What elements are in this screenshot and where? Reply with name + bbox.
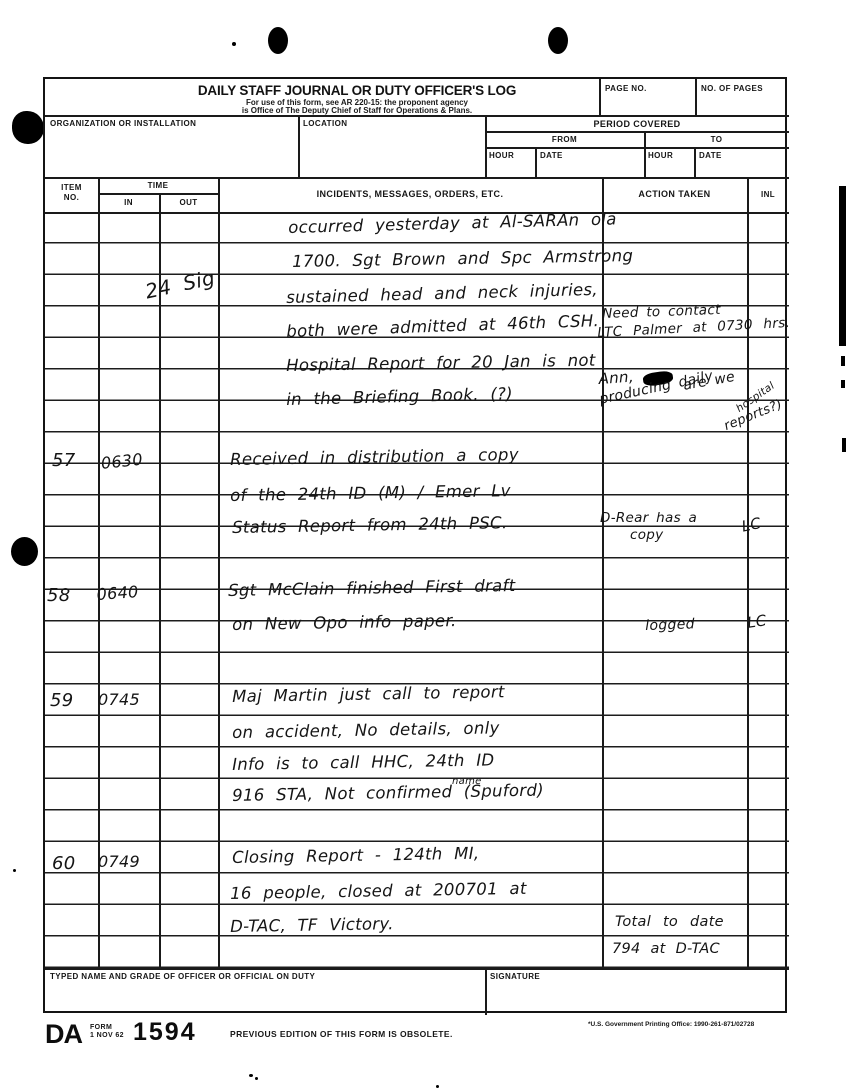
- entry-cont-annotation-24sig: 24 Sig: [143, 265, 217, 303]
- entry-60-time-in: 0749: [98, 852, 140, 871]
- entry-59-line-4: 916 STA, Not confirmed (Spuford): [232, 781, 544, 805]
- entry-cont-line-4: both were admitted at 46th CSH.: [286, 311, 599, 341]
- entry-58-time-in: 0640: [96, 582, 139, 604]
- gpo-notice: *U.S. Government Printing Office: 1990-2…: [588, 1021, 754, 1028]
- obsolete-notice: PREVIOUS EDITION OF THIS FORM IS OBSOLET…: [230, 1029, 453, 1039]
- entry-58-action-1: logged: [645, 616, 695, 634]
- entry-cont-line-1: occurred yesterday at Al-SARAn ola: [288, 209, 617, 237]
- entry-58-line-1: Sgt McClain finished First draft: [228, 576, 516, 600]
- da-form-word: FORM: [90, 1024, 112, 1031]
- scanned-da-form-1594: DAILY STAFF JOURNAL OR DUTY OFFICER'S LO…: [0, 0, 848, 1088]
- entry-60-line-3: D-TAC, TF Victory.: [230, 914, 394, 936]
- entry-58-initials: LC: [746, 611, 768, 632]
- entry-cont-line-2: 1700. Sgt Brown and Spc Armstrong: [292, 246, 633, 271]
- handwriting-layer: occurred yesterday at Al-SARAn ola 1700.…: [0, 0, 848, 1088]
- da-form-number: 1594: [133, 1018, 197, 1047]
- entry-59-line-1: Maj Martin just call to report: [232, 682, 505, 706]
- entry-cont-line-5: Hospital Report for 20 Jan is not: [286, 351, 596, 375]
- entry-60-item-no: 60: [52, 853, 76, 874]
- entry-59-time-in: 0745: [98, 690, 140, 709]
- entry-58-line-2: on New Opo info paper.: [232, 611, 457, 634]
- entry-59-line-3: Info is to call HHC, 24th ID: [232, 750, 495, 774]
- da-form-date: 1 NOV 62: [90, 1032, 124, 1039]
- entry-57-action-2: copy: [630, 527, 663, 543]
- entry-57-line-3: Status Report from 24th PSC.: [232, 513, 508, 537]
- entry-cont-line-3: sustained head and neck injuries,: [286, 280, 598, 307]
- entry-57-initials: LC: [740, 514, 763, 536]
- entry-59-superscript-note: name: [452, 776, 482, 787]
- entry-60-line-1: Closing Report - 124th MI,: [232, 844, 480, 867]
- entry-cont-line-6: in the Briefing Book. (?): [286, 384, 513, 409]
- entry-59-line-2: on accident, No details, only: [232, 718, 500, 742]
- entry-57-action-1: D-Rear has a: [600, 510, 697, 526]
- entry-57-time-in: 0630: [100, 450, 144, 473]
- entry-60-action-1: Total to date: [615, 914, 724, 930]
- entry-58-item-no: 58: [47, 585, 71, 606]
- entry-60-action-2: 794 at D-TAC: [612, 941, 720, 957]
- entry-59-item-no: 59: [50, 690, 74, 711]
- entry-60-line-2: 16 people, closed at 200701 at: [230, 879, 527, 903]
- da-form-prefix: DA: [45, 1019, 82, 1050]
- entry-57-line-1: Received in distribution a copy: [230, 445, 519, 469]
- entry-57-line-2: of the 24th ID (M) / Emer Lv: [230, 481, 511, 505]
- entry-57-item-no: 57: [52, 450, 76, 471]
